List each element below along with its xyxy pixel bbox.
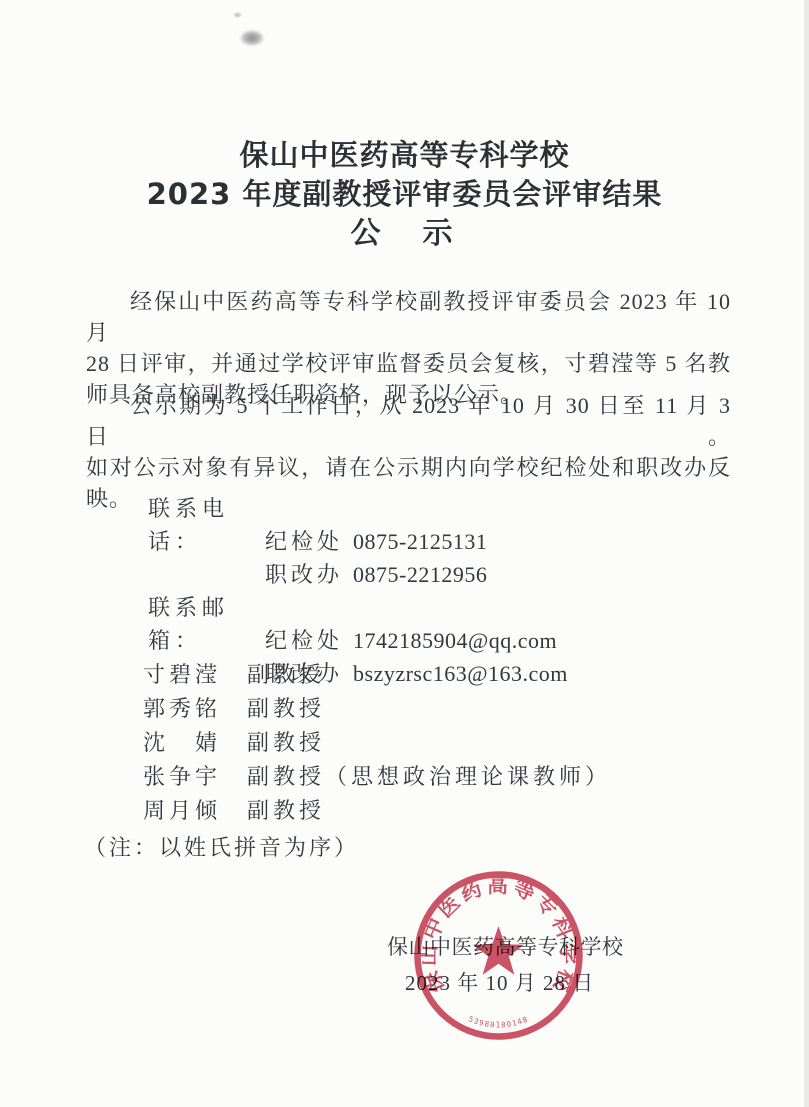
contact-office: 职改办 — [265, 562, 343, 587]
candidate-title: 副教授 — [247, 730, 325, 755]
candidate-row: 郭秀铭副教授 — [143, 692, 611, 726]
document-page: 保山中医药高等专科学校 2023 年度副教授评审委员会评审结果 公 示 经保山中… — [0, 0, 809, 1107]
document-title: 保山中医药高等专科学校 2023 年度副教授评审委员会评审结果 公 示 — [0, 136, 809, 253]
candidate-row: 沈 婧副教授 — [143, 726, 611, 760]
official-seal: 保山中医药高等专科学校 53980100148 — [414, 871, 583, 1040]
candidate-name: 寸碧滢 — [143, 658, 247, 692]
contact-phone-number: 0875-2212956 — [353, 562, 487, 587]
contact-email-address: 1742185904@qq.com — [353, 628, 557, 653]
candidate-name: 周月倾 — [143, 794, 247, 828]
scan-speck — [233, 12, 242, 18]
candidate-name: 沈 婧 — [143, 726, 247, 760]
scan-smudge — [240, 30, 264, 46]
candidate-title: 副教授（思想政治理论课教师） — [247, 764, 611, 789]
candidate-row: 寸碧滢副教授 — [143, 658, 611, 692]
candidate-name: 郭秀铭 — [143, 692, 247, 726]
seal-star-icon — [473, 926, 524, 975]
candidate-row: 张争宇副教授（思想政治理论课教师） — [143, 760, 611, 794]
contact-label: 联系邮箱： — [148, 591, 265, 657]
candidate-title: 副教授 — [247, 662, 325, 687]
seal-code-text: 53980100148 — [467, 1014, 530, 1029]
contact-office: 纪检处 — [265, 529, 343, 554]
contact-phone-number: 0875-2125131 — [353, 529, 487, 554]
title-line-subject: 2023 年度副教授评审委员会评审结果 — [0, 175, 809, 214]
contact-office: 纪检处 — [265, 628, 343, 653]
sorting-note: （注：以姓氏拼音为序） — [84, 831, 359, 862]
candidate-list: 寸碧滢副教授 郭秀铭副教授 沈 婧副教授 张争宇副教授（思想政治理论课教师） 周… — [143, 658, 611, 828]
candidate-title: 副教授 — [247, 696, 325, 721]
contact-email-row-1: 联系邮箱：纪检处1742185904@qq.com — [148, 591, 568, 657]
body-line: 公示期为 5 个工作日，从 2023 年 10 月 30 日至 11 月 3 日… — [86, 390, 731, 452]
candidate-name: 张争宇 — [143, 760, 247, 794]
body-line: 如对公示对象有异议，请在公示期内向学校纪检处和职改办反 — [86, 452, 731, 483]
title-line-school: 保山中医药高等专科学校 — [0, 136, 809, 175]
contact-label: 联系电话： — [148, 492, 265, 558]
body-line: 28 日评审，并通过学校评审监督委员会复核，寸碧滢等 5 名教 — [86, 348, 731, 379]
title-line-gongshi: 公 示 — [0, 214, 809, 253]
candidate-title: 副教授 — [247, 798, 325, 823]
contact-phone-row-2: 职改办0875-2212956 — [148, 558, 568, 591]
contact-phone-row-1: 联系电话：纪检处0875-2125131 — [148, 492, 568, 558]
candidate-row: 周月倾副教授 — [143, 794, 611, 828]
body-line: 经保山中医药高等专科学校副教授评审委员会 2023 年 10 月 — [86, 286, 731, 348]
seal-code: 53980100148 — [467, 1014, 530, 1029]
